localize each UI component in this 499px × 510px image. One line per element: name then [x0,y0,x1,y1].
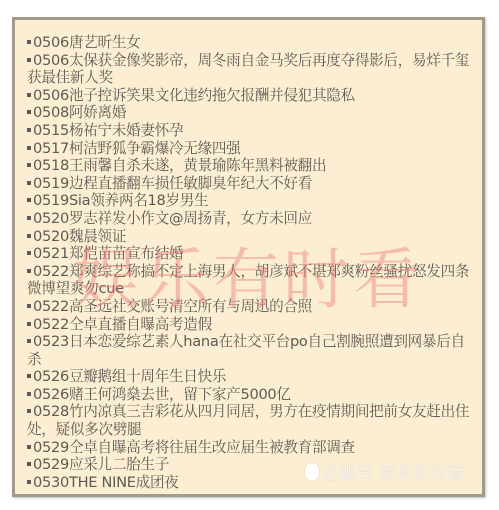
list-item: 0520魏晨领证 [27,228,475,246]
item-date: 0526 [33,368,69,385]
list-item: 0518王雨馨自杀未遂，黄景瑜陈年黑料被翻出 [27,157,475,175]
bullet-icon [27,322,31,326]
item-text: 唐艺昕生女 [69,34,140,51]
item-date: 0520 [33,210,69,227]
news-panel: 0506唐艺昕生女 0506太保获金像奖影帝，周冬雨自金马奖后再度夺得影后，易烊… [12,17,485,497]
bullet-icon [27,269,31,273]
bullet-icon [27,198,31,202]
corner-watermark: 企鹅号 娱乐有时看 [305,459,464,484]
item-date: 0521 [33,245,69,262]
bullet-icon [27,409,31,413]
bullet-icon [27,93,31,97]
item-text: 日本恋爱综艺素人hana在社交平台po自己割腕照遭到网暴后自杀 [27,333,465,368]
item-text: 竹内凉真三吉彩花从四月同居，男方在疫情期间把前女友赶出住处，疑似多次劈腿 [27,403,469,438]
item-text: 郑爽综艺称搞不定上海男人，胡彦斌不堪郑爽粉丝骚扰怒发四条微博望爽勿cue [27,263,469,298]
bullet-icon [27,181,31,185]
item-date: 0518 [33,157,69,174]
list-item: 0526赌王何鸿燊去世，留下家产5000亿 [27,386,475,404]
item-text: 仝卓自曝高考将往届生改应届生被教育部调查 [69,439,355,456]
item-text: 应采儿二胎生子 [69,456,169,473]
bullet-icon [27,462,31,466]
list-item: 0522郑爽综艺称搞不定上海男人，胡彦斌不堪郑爽粉丝骚扰怒发四条微博望爽勿cue [27,263,475,298]
item-text: 杨祐宁未婚妻怀孕 [69,122,183,139]
bullet-icon [27,374,31,378]
item-text: 魏晨领证 [69,228,126,245]
list-item: 0528竹内凉真三吉彩花从四月同居，男方在疫情期间把前女友赶出住处，疑似多次劈腿 [27,403,475,438]
item-text: Sia领养两名18岁男生 [69,192,208,209]
list-item: 0521郑恺苗苗宣布结婚 [27,245,475,263]
bullet-icon [27,216,31,220]
item-date: 0522 [33,263,69,280]
list-item: 0506唐艺昕生女 [27,34,475,52]
item-text: THE NINE成团夜 [69,474,179,491]
item-date: 0517 [33,140,69,157]
list-item: 0515杨祐宁未婚妻怀孕 [27,122,475,140]
item-date: 0506 [33,87,69,104]
list-item: 0520罗志祥发小作文@周扬青，女方未回应 [27,210,475,228]
bullet-icon [27,110,31,114]
bullet-icon [27,40,31,44]
list-item: 0519Sia领养两名18岁男生 [27,192,475,210]
list-item: 0526豆瓣鹅组十周年生日快乐 [27,368,475,386]
item-date: 0520 [33,228,69,245]
item-date: 0506 [33,34,69,51]
bullet-icon [27,480,31,484]
item-text: 阿娇离婚 [69,104,126,121]
item-date: 0523 [33,333,69,350]
item-text: 太保获金像奖影帝，周冬雨自金马奖后再度夺得影后，易烊千玺获最佳新人奖 [27,52,469,87]
bullet-icon [27,146,31,150]
bullet-icon [27,163,31,167]
item-text: 高圣远社交账号清空所有与周迅的合照 [69,298,312,315]
qq-penguin-icon [305,463,319,480]
item-text: 罗志祥发小作文@周扬青，女方未回应 [69,210,312,227]
list-item: 0517柯洁野狐争霸爆冷无缘四强 [27,140,475,158]
corner-watermark-text: 企鹅号 娱乐有时看 [323,459,464,484]
list-item: 0506池子控诉笑果文化违约拖欠报酬并侵犯其隐私 [27,87,475,105]
item-date: 0519 [33,192,69,209]
item-text: 王雨馨自杀未遂，黄景瑜陈年黑料被翻出 [69,157,326,174]
list-item: 0522高圣远社交账号清空所有与周迅的合照 [27,298,475,316]
item-date: 0529 [33,439,69,456]
bullet-icon [27,392,31,396]
news-list: 0506唐艺昕生女 0506太保获金像奖影帝，周冬雨自金马奖后再度夺得影后，易烊… [27,34,475,491]
item-date: 0515 [33,122,69,139]
item-text: 边程直播翻车损任敏脚臭年纪大不好看 [69,175,312,192]
item-date: 0528 [33,403,69,420]
bullet-icon [27,339,31,343]
item-text: 仝卓直播自曝高考造假 [69,316,212,333]
item-text: 池子控诉笑果文化违约拖欠报酬并侵犯其隐私 [69,87,355,104]
item-date: 0522 [33,298,69,315]
item-date: 0522 [33,316,69,333]
item-text: 柯洁野狐争霸爆冷无缘四强 [69,140,241,157]
item-date: 0506 [33,52,69,69]
item-text: 豆瓣鹅组十周年生日快乐 [69,368,226,385]
item-text: 赌王何鸿燊去世，留下家产5000亿 [69,386,291,403]
list-item: 0529仝卓自曝高考将往届生改应届生被教育部调查 [27,439,475,457]
item-date: 0526 [33,386,69,403]
item-date: 0529 [33,456,69,473]
item-date: 0530 [33,474,69,491]
item-date: 0519 [33,175,69,192]
list-item: 0523日本恋爱综艺素人hana在社交平台po自己割腕照遭到网暴后自杀 [27,333,475,368]
list-item: 0506太保获金像奖影帝，周冬雨自金马奖后再度夺得影后，易烊千玺获最佳新人奖 [27,52,475,87]
item-date: 0508 [33,104,69,121]
bullet-icon [27,251,31,255]
bullet-icon [27,234,31,238]
bullet-icon [27,128,31,132]
item-text: 郑恺苗苗宣布结婚 [69,245,183,262]
bullet-icon [27,445,31,449]
bullet-icon [27,58,31,62]
list-item: 0519边程直播翻车损任敏脚臭年纪大不好看 [27,175,475,193]
list-item: 0508阿娇离婚 [27,104,475,122]
bullet-icon [27,304,31,308]
list-item: 0522仝卓直播自曝高考造假 [27,316,475,334]
